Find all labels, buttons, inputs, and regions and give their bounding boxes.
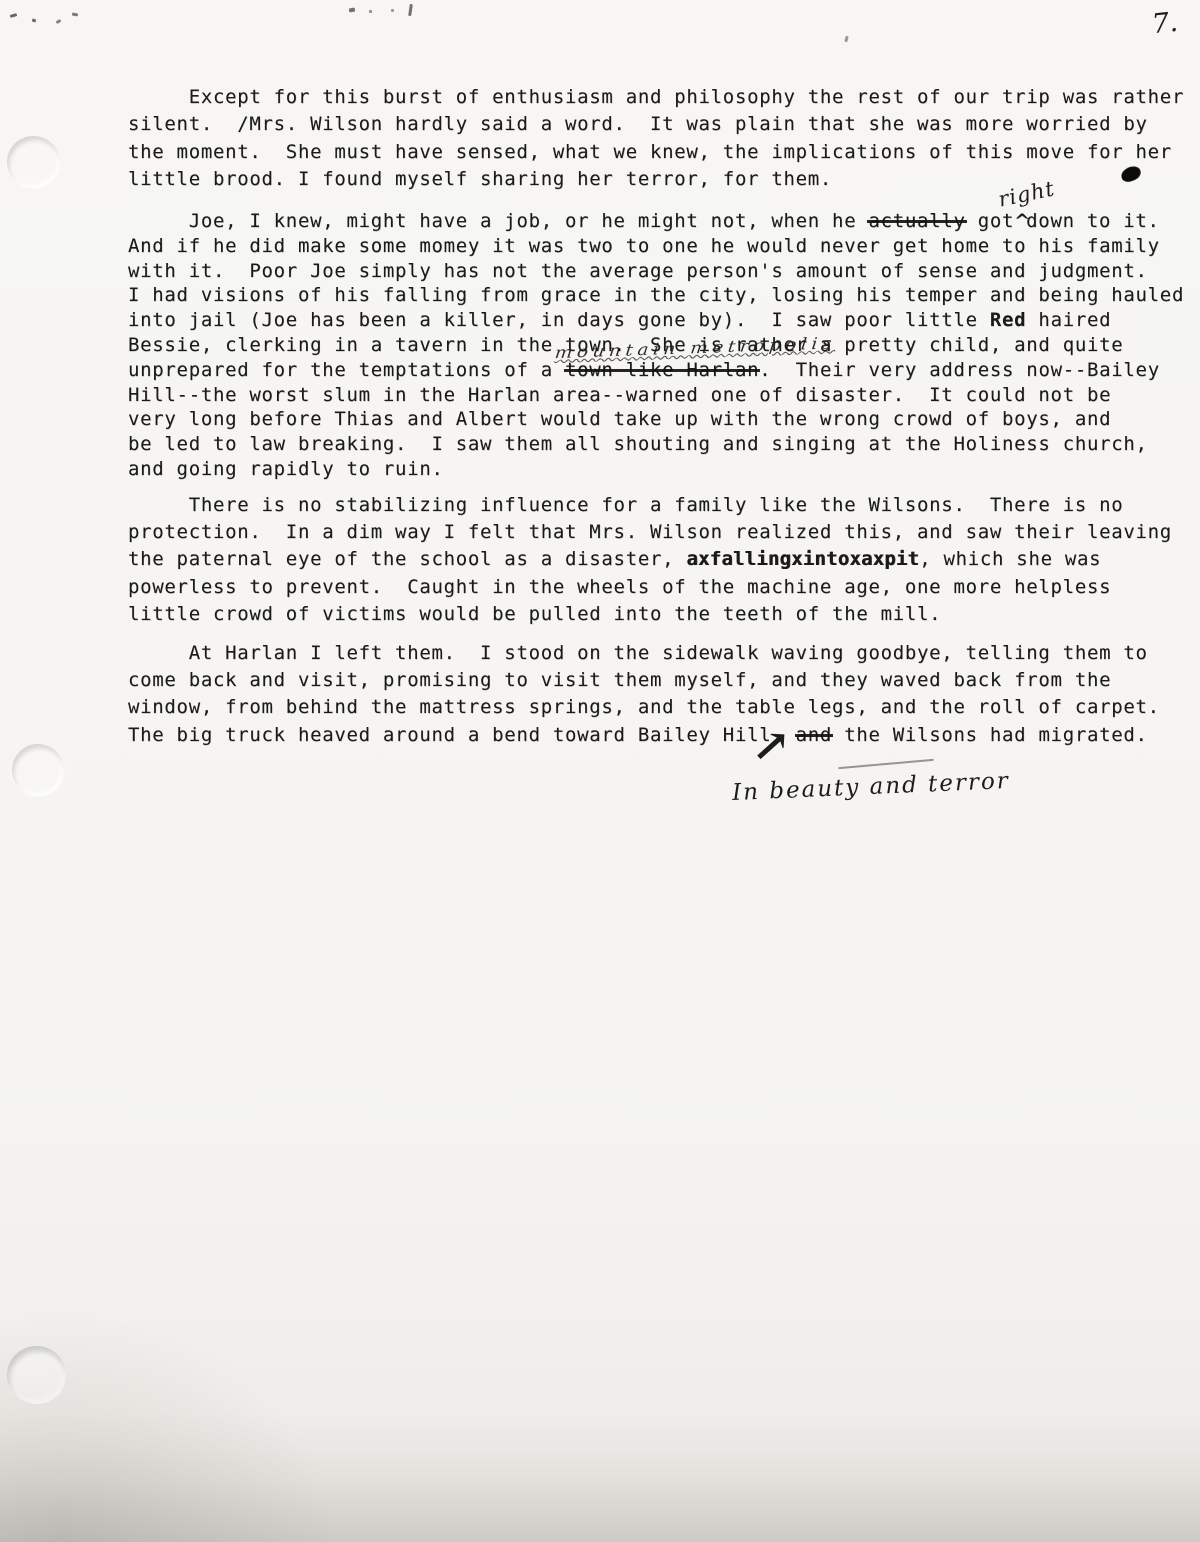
paragraph-4: At Harlan I left them. I stood on the si… bbox=[128, 640, 1160, 749]
typed-line: I had visions of his falling from grace … bbox=[128, 283, 1184, 308]
typed-text: very long before Thias and Albert would … bbox=[128, 408, 1111, 430]
typed-line: window, from behind the mattress springs… bbox=[128, 694, 1160, 721]
typed-text: be led to law breaking. I saw them all s… bbox=[128, 433, 1148, 455]
typed-line: the moment. She must have sensed, what w… bbox=[128, 139, 1184, 166]
struck-text: town like Harlan bbox=[565, 359, 759, 381]
paper-speck bbox=[349, 8, 356, 13]
paragraph-3: There is no stabilizing influence for a … bbox=[128, 492, 1172, 628]
typed-text: the moment. She must have sensed, what w… bbox=[128, 141, 1172, 163]
typed-text: window, from behind the mattress springs… bbox=[128, 696, 1160, 718]
typed-line: with it. Poor Joe simply has not the ave… bbox=[128, 259, 1184, 284]
typed-line: protection. In a dim way I felt that Mrs… bbox=[128, 519, 1172, 546]
typed-over-text: axfallingxintoxaxpit bbox=[686, 548, 919, 570]
typed-line: unprepared for the temptations of a town… bbox=[128, 358, 1184, 383]
typed-line: little crowd of victims would be pulled … bbox=[128, 601, 1172, 628]
typed-text: There is no stabilizing influence for a … bbox=[128, 494, 1123, 516]
typed-line: be led to law breaking. I saw them all s… bbox=[128, 432, 1184, 457]
typed-text: and going rapidly to ruin. bbox=[128, 458, 444, 480]
typed-line: come back and visit, promising to visit … bbox=[128, 667, 1160, 694]
typed-text: . Their very address now--Bailey bbox=[759, 359, 1160, 381]
scan-smudge bbox=[0, 1412, 1200, 1542]
paper-speck bbox=[408, 4, 413, 16]
paper-speck bbox=[844, 36, 848, 43]
typed-line: The big truck heaved around a bend towar… bbox=[128, 722, 1160, 749]
document-page: 7. Except for this burst of enthusiasm a… bbox=[0, 0, 1200, 1542]
typed-text: Hill--the worst slum in the Harlan area-… bbox=[128, 384, 1111, 406]
typed-text: the Wilsons had migrated. bbox=[832, 724, 1148, 746]
pen-stroke bbox=[838, 759, 934, 769]
typed-line: into jail (Joe has been a killer, in day… bbox=[128, 308, 1184, 333]
typed-text: got bbox=[966, 210, 1015, 232]
typed-text: come back and visit, promising to visit … bbox=[128, 669, 1111, 691]
paper-speck bbox=[10, 13, 18, 18]
typed-text: powerless to prevent. Caught in the whee… bbox=[128, 576, 1111, 598]
typed-line: Except for this burst of enthusiasm and … bbox=[128, 84, 1184, 111]
typed-text: I had visions of his falling from grace … bbox=[128, 284, 1184, 306]
typed-text: little crowd of victims would be pulled … bbox=[128, 603, 941, 625]
typed-text: silent. /Mrs. Wilson hardly said a word.… bbox=[128, 113, 1148, 135]
overstruck-text: Red bbox=[990, 309, 1026, 331]
typed-line: Hill--the worst slum in the Harlan area-… bbox=[128, 383, 1184, 408]
typed-line: very long before Thias and Albert would … bbox=[128, 407, 1184, 432]
typed-text: The big truck heaved around a bend towar… bbox=[128, 724, 796, 746]
paper-speck bbox=[369, 10, 372, 13]
typed-line: the paternal eye of the school as a disa… bbox=[128, 546, 1172, 573]
paper-speck bbox=[56, 19, 62, 24]
typed-line: There is no stabilizing influence for a … bbox=[128, 492, 1172, 519]
page-number: 7. bbox=[1150, 7, 1179, 41]
insertion-arrow-icon: ↗ bbox=[751, 717, 792, 773]
struck-text: and bbox=[796, 724, 832, 746]
typed-text: Joe, I knew, might have a job, or he mig… bbox=[128, 210, 868, 232]
typed-line: And if he did make some momey it was two… bbox=[128, 234, 1184, 259]
typed-text: down to it. bbox=[1026, 210, 1160, 232]
paragraph-1: Except for this burst of enthusiasm and … bbox=[128, 84, 1184, 194]
handwritten-closing-note: In beauty and terror bbox=[732, 768, 1011, 806]
typed-line: At Harlan I left them. I stood on the si… bbox=[128, 640, 1160, 667]
typed-line: and going rapidly to ruin. bbox=[128, 457, 1184, 482]
typed-text: the paternal eye of the school as a disa… bbox=[128, 548, 686, 570]
paper-speck bbox=[72, 13, 78, 17]
typed-line: powerless to prevent. Caught in the whee… bbox=[128, 574, 1172, 601]
typed-text: unprepared for the temptations of a bbox=[128, 359, 565, 381]
typed-text: At Harlan I left them. I stood on the si… bbox=[128, 642, 1148, 664]
typed-text: And if he did make some momey it was two… bbox=[128, 235, 1160, 257]
typed-line: Joe, I knew, might have a job, or he mig… bbox=[128, 209, 1184, 234]
typed-line: silent. /Mrs. Wilson hardly said a word.… bbox=[128, 111, 1184, 138]
typed-text: Except for this burst of enthusiasm and … bbox=[128, 86, 1184, 108]
punch-hole-top bbox=[7, 136, 60, 188]
paper-speck bbox=[32, 18, 37, 22]
typed-text: haired bbox=[1026, 309, 1111, 331]
typed-text: with it. Poor Joe simply has not the ave… bbox=[128, 260, 1148, 282]
typed-text: little brood. I found myself sharing her… bbox=[128, 168, 832, 190]
paper-speck bbox=[391, 9, 394, 12]
typed-text: , which she was bbox=[919, 548, 1101, 570]
struck-text: actually bbox=[868, 210, 965, 232]
insertion-caret: ^right bbox=[1014, 209, 1026, 234]
punch-hole-middle bbox=[12, 744, 64, 796]
typed-text: protection. In a dim way I felt that Mrs… bbox=[128, 521, 1172, 543]
typed-text: into jail (Joe has been a killer, in day… bbox=[128, 309, 990, 331]
